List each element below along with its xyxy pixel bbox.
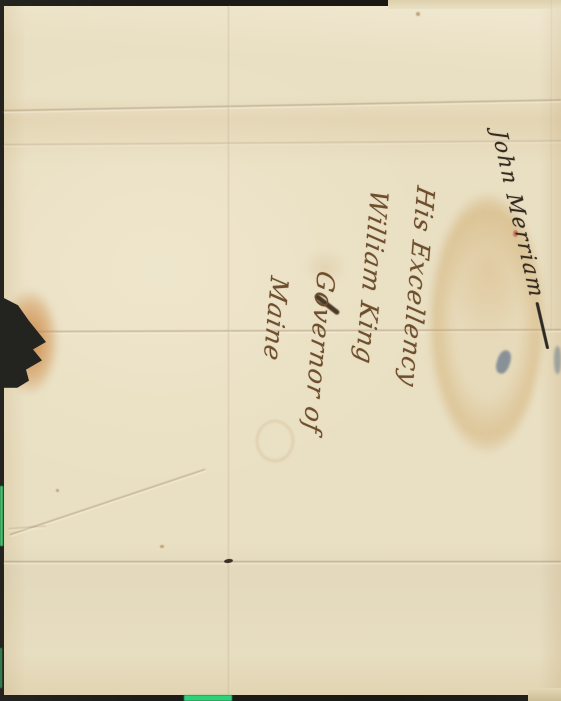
- fold-crease-vertical-right: [551, 0, 553, 330]
- fold-crease-horizontal-bottom: [4, 561, 561, 564]
- address-block: His Excellency William King Governor of …: [244, 150, 448, 459]
- paper-fleck: [56, 489, 59, 492]
- scanner-artifact-green-left2: [0, 648, 2, 688]
- ink-flourish: [535, 302, 549, 349]
- paper-top-right-edge: [388, 0, 561, 9]
- scanned-letter-image: His Excellency William King Governor of …: [0, 0, 561, 701]
- fold-crease-vertical-center: [228, 6, 230, 695]
- paper-fleck: [416, 12, 420, 16]
- paper-bottom-right-corner: [528, 688, 561, 701]
- scanner-artifact-green-left: [0, 486, 3, 546]
- paper-fleck: [160, 545, 164, 548]
- ink-smudge-blue-edge: [554, 346, 561, 374]
- scanner-artifact-green-bottom: [184, 695, 232, 701]
